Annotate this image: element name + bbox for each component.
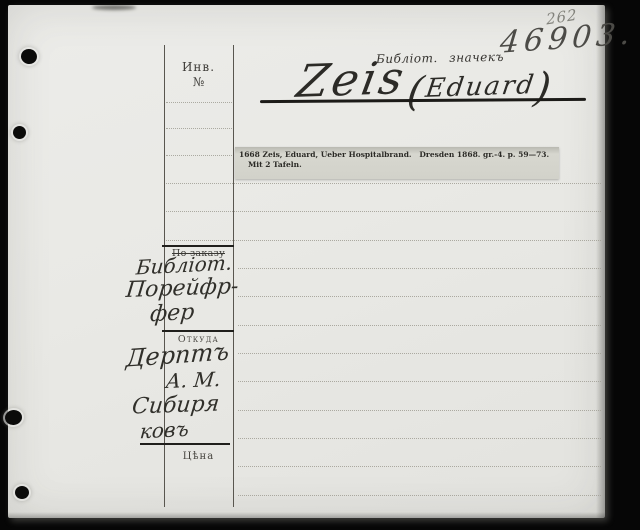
ruled-line [166,183,601,184]
ruled-line [238,466,601,467]
ruled-line [238,268,601,269]
punch-hole [20,48,39,66]
card-edge-shadow-right [596,5,605,518]
pasted-catalog-entry-label: 1668 Zeis, Eduard, Ueber Hospitalbrand. … [235,147,559,179]
ruled-line [238,325,601,326]
price-printed-label: Цѣна [164,451,233,462]
author-firstname-handwritten: (Eduard) [404,64,555,115]
ruled-line [166,155,232,156]
section-divider [140,443,230,445]
section-divider [162,330,234,332]
ruled-line [238,495,601,496]
donor-surname-part1-handwritten: Сибиря [131,391,221,419]
accession-number-handwritten: 46903. [498,16,636,61]
punch-hole [4,409,23,426]
inventory-column-label: Инв. [164,60,233,74]
donor-surname-part2-handwritten: ковъ [139,417,190,444]
order-handwritten-line3: фер [149,300,195,327]
catalog-entry-line2: Mit 2 Tafeln. [248,160,559,169]
catalog-entry-line1: 1668 Zeis, Eduard, Ueber Hospitalbrand. … [239,150,559,159]
punch-hole [13,126,26,139]
order-handwritten-line2: Порейфр- [125,274,240,303]
section-divider [162,245,234,247]
ruled-line [238,353,601,354]
ruled-line [238,296,601,297]
ruled-line [238,381,601,382]
donor-initials-handwritten: А. М. [165,367,222,393]
ruled-line [166,211,601,212]
ruled-line [166,102,232,103]
scan-smudge [92,5,136,10]
catalog-card: 262 46903. Библіот. значекъ Zeis (Eduard… [8,5,605,518]
ruled-line [238,438,601,439]
ruled-line [238,410,601,411]
ruled-line [166,240,601,241]
photo-of-catalog-card: 262 46903. Библіот. значекъ Zeis (Eduard… [0,0,640,530]
ruled-line [166,128,232,129]
punch-hole [15,486,29,499]
card-edge-shadow-bottom [8,512,605,518]
inventory-number-sign: № [164,75,233,89]
